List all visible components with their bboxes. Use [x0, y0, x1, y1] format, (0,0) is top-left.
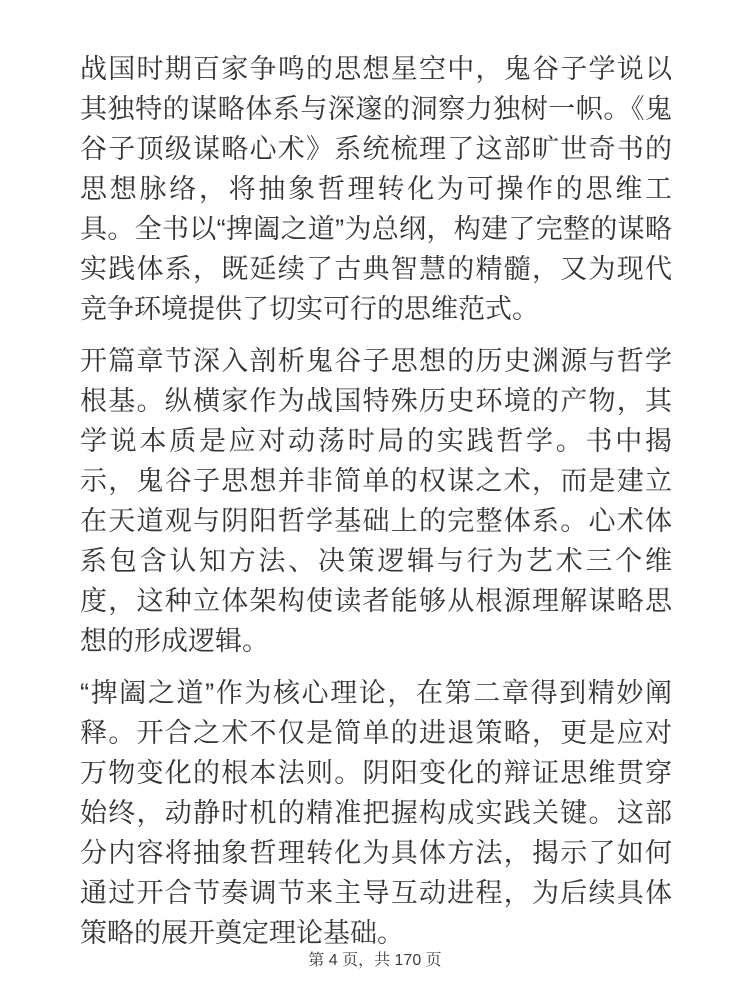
paragraph: “捭阖之道”作为核心理论，在第二章得到精妙阐释。开合之术不仅是简单的进退策略，更… — [80, 673, 672, 953]
document-page: 战国时期百家争鸣的思想星空中，鬼谷子学说以其独特的谋略体系与深邃的洞察力独树一帜… — [0, 0, 750, 1000]
page-body-text: 战国时期百家争鸣的思想星空中，鬼谷子学说以其独特的谋略体系与深邃的洞察力独树一帜… — [0, 0, 750, 965]
page-number-indicator: 第 4 页，共 170 页 — [0, 949, 750, 973]
paragraph: 开篇章节深入剖析鬼谷子思想的历史渊源与哲学根基。纵横家作为战国特殊历史环境的产物… — [80, 341, 672, 661]
paragraph: 战国时期百家争鸣的思想星空中，鬼谷子学说以其独特的谋略体系与深邃的洞察力独树一帜… — [80, 49, 672, 329]
